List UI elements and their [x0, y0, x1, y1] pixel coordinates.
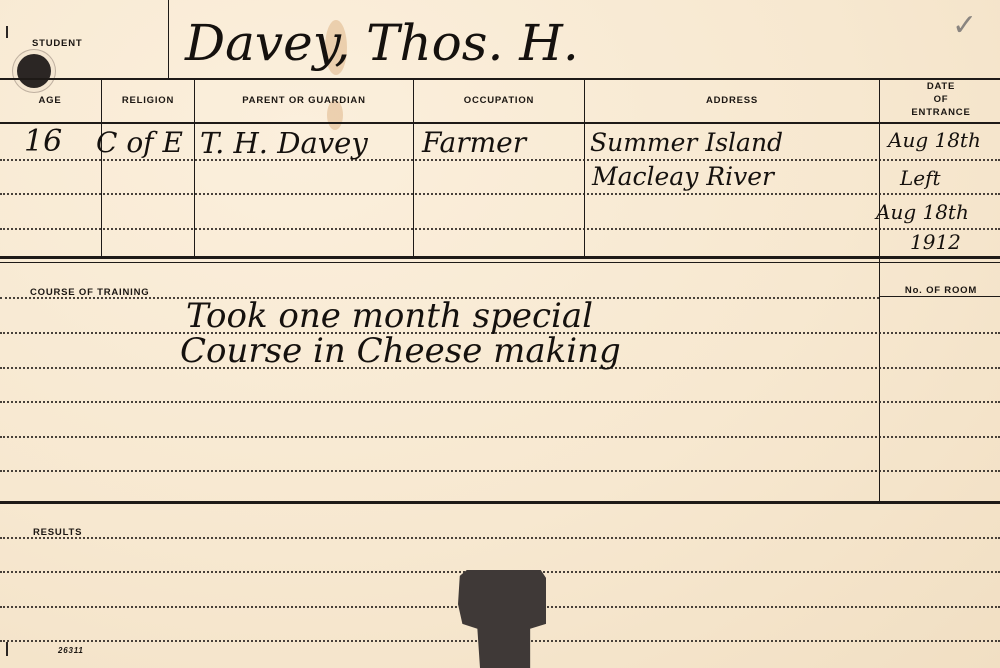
no-of-room-label: No. OF ROOM [884, 285, 998, 296]
margin-mark [6, 642, 8, 656]
student-record-card: ✓ STUDENT Davey, Thos. H. AGE RELIGION P… [0, 0, 1000, 668]
date-label-line: ENTRANCE [882, 106, 1000, 119]
form-number: 26311 [58, 646, 84, 655]
punch-hole [17, 54, 51, 88]
margin-mark [6, 26, 8, 38]
dotted-rule [0, 436, 1000, 438]
divider [584, 79, 585, 258]
student-name: Davey, Thos. H. [185, 14, 579, 72]
divider [0, 501, 1000, 504]
address-value-line2: Macleay River [592, 162, 774, 191]
age-value: 16 [24, 124, 62, 159]
entrance-date-line1: Aug 18th [888, 128, 981, 152]
date-label-line: DATE [882, 80, 1000, 93]
check-mark-icon: ✓ [952, 8, 977, 43]
parent-guardian-header: PARENT OR GUARDIAN [196, 95, 412, 106]
occupation-header: OCCUPATION [415, 95, 583, 106]
divider [101, 79, 102, 258]
card-notch [458, 570, 546, 668]
course-line2: Course in Cheese making [180, 331, 621, 371]
date-label-line: OF [882, 93, 1000, 106]
divider [168, 0, 169, 79]
dotted-rule [0, 537, 1000, 539]
entrance-date-line2: Left [900, 166, 941, 190]
dotted-rule [0, 228, 1000, 230]
religion-value: C of E [96, 126, 183, 159]
divider [879, 296, 1000, 297]
entrance-date-line4: 1912 [910, 230, 961, 254]
religion-header: RELIGION [104, 95, 192, 106]
parent-guardian-value: T. H. Davey [200, 126, 368, 160]
occupation-value: Farmer [422, 126, 526, 159]
dotted-rule [0, 193, 1000, 195]
student-label: STUDENT [32, 38, 82, 49]
divider [879, 79, 880, 503]
dotted-rule [0, 159, 1000, 161]
divider [0, 78, 1000, 80]
dotted-rule [0, 470, 1000, 472]
age-header: AGE [30, 95, 70, 106]
divider [194, 79, 195, 258]
address-header: ADDRESS [586, 95, 878, 106]
divider [0, 256, 1000, 259]
address-value-line1: Summer Island [590, 128, 783, 157]
date-of-entrance-header: DATE OF ENTRANCE [882, 80, 1000, 119]
dotted-rule [0, 401, 1000, 403]
course-line1: Took one month special [186, 296, 593, 336]
divider [413, 79, 414, 258]
entrance-date-line3: Aug 18th [876, 200, 969, 224]
divider [0, 122, 1000, 124]
divider [0, 262, 1000, 263]
